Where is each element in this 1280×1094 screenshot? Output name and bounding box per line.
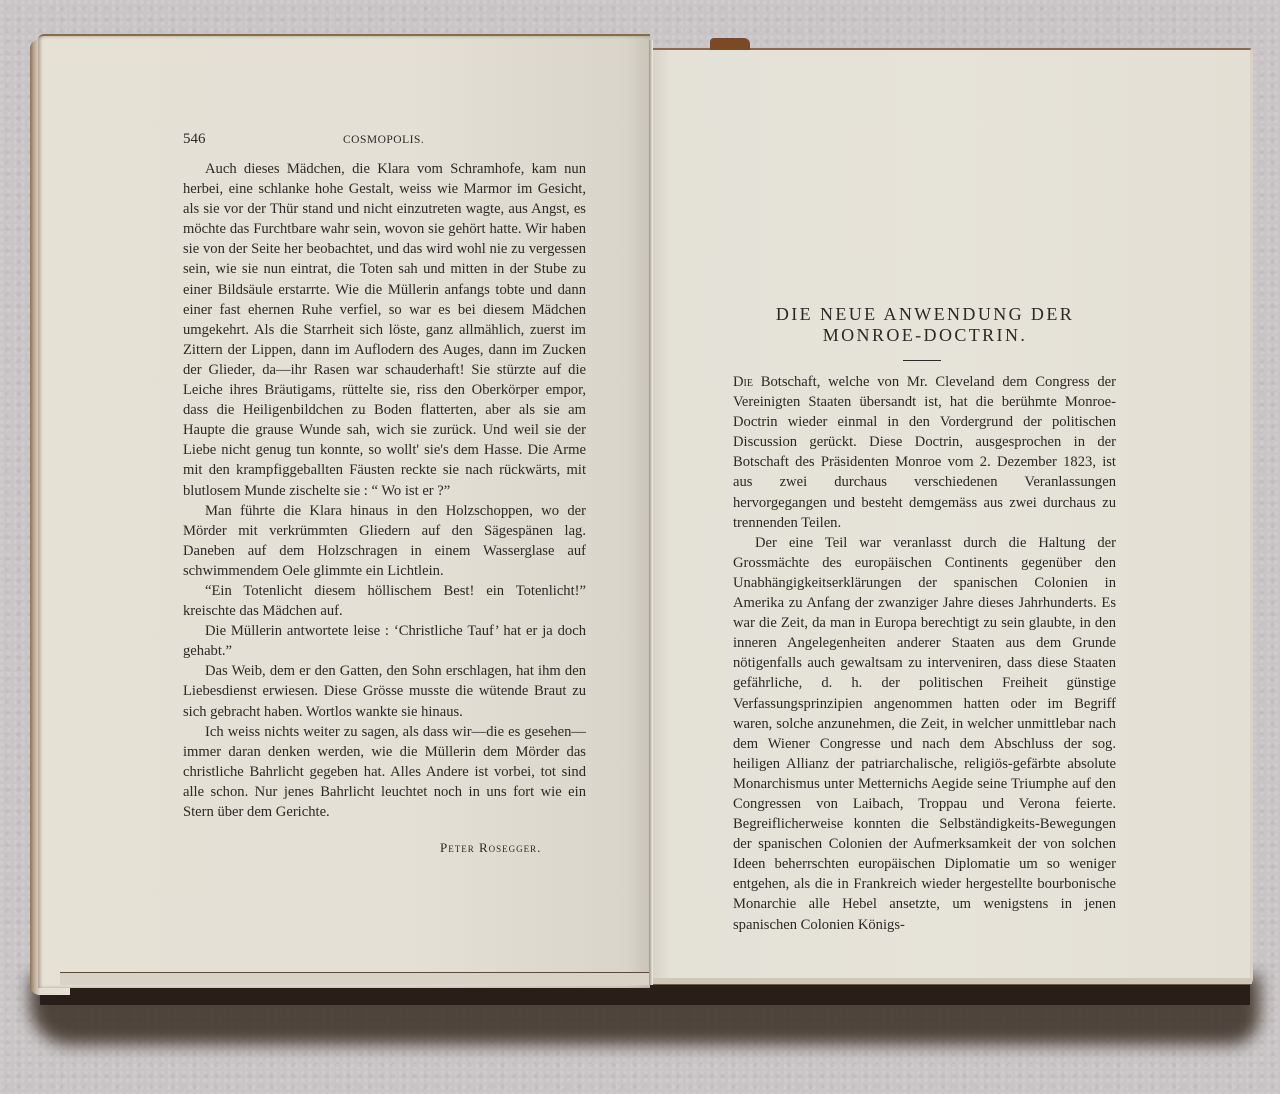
article-title: DIE NEUE ANWENDUNG DER MONROE-DOCTRIN. — [735, 304, 1115, 346]
journal-title: COSMOPOLIS. — [343, 130, 424, 150]
paragraph: Auch dieses Mädchen, die Klara vom Schra… — [183, 159, 586, 501]
page-number: 546 — [183, 129, 343, 149]
running-head: 546 COSMOPOLIS. — [183, 129, 586, 159]
paragraph-text: Botschaft, welche von Mr. Cleveland dem … — [733, 374, 1116, 531]
paragraph: Ich weiss nichts weiter zu sagen, als da… — [183, 722, 586, 822]
paragraph: Das Weib, dem er den Gatten, den Sohn er… — [183, 661, 586, 721]
title-line-1: DIE NEUE ANWENDUNG DER — [735, 304, 1115, 325]
paragraph: Die Müllerin antwortete leise : ‘Christl… — [183, 621, 586, 661]
drop-word: Die — [733, 374, 753, 390]
title-line-2: MONROE-DOCTRIN. — [735, 325, 1115, 346]
book-gutter — [649, 40, 653, 985]
right-page-stack — [652, 978, 1252, 985]
torn-spine-edge — [710, 38, 750, 50]
paragraph: “Ein Totenlicht diesem höllischem Best! … — [183, 581, 586, 621]
author-signature: Peter Rosegger. — [440, 840, 541, 856]
right-page-text: Die Botschaft, welche von Mr. Cleveland … — [733, 372, 1116, 935]
paragraph: Die Botschaft, welche von Mr. Cleveland … — [733, 372, 1116, 533]
paragraph: Man führte die Klara hinaus in den Holzs… — [183, 501, 586, 581]
paragraph: Der eine Teil war veranlasst durch die H… — [733, 533, 1116, 935]
title-divider — [903, 360, 941, 361]
left-page-text: 546 COSMOPOLIS. Auch dieses Mädchen, die… — [183, 129, 586, 822]
left-page-stack — [60, 972, 650, 985]
